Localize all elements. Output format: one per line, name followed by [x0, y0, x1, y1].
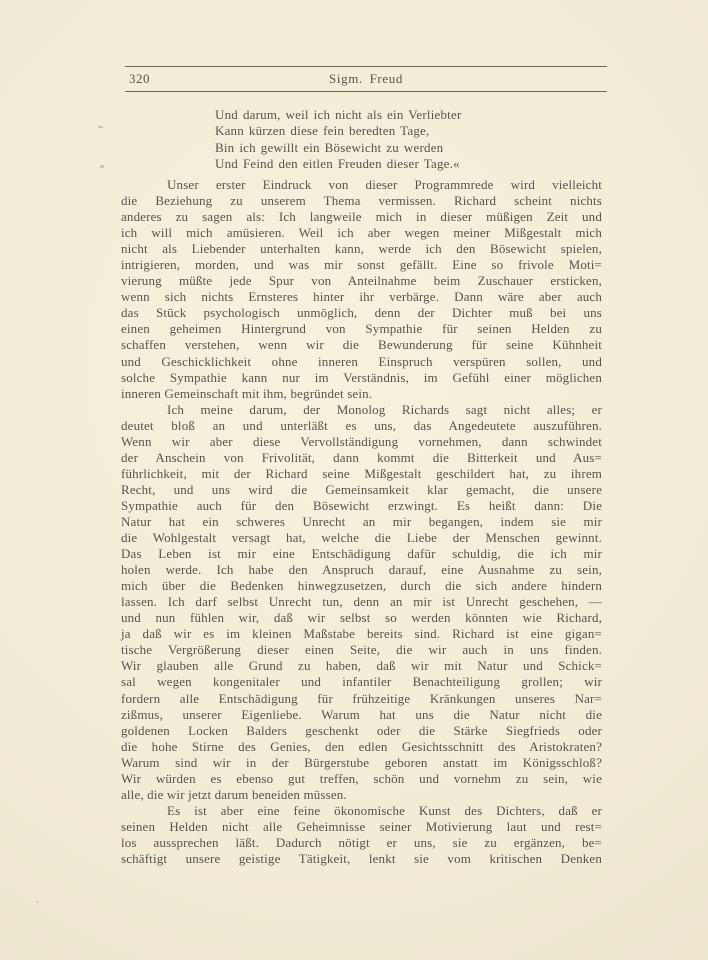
text-line: Sympathie auch für den Bösewicht erzwing…	[121, 498, 602, 514]
poem: Und darum, weil ich nicht als ein Verlie…	[215, 107, 462, 172]
text-line: Es ist aber eine feine ökonomische Kunst…	[121, 803, 602, 819]
paper-speck	[98, 126, 103, 128]
text-line: Warum sind wir in der Bürgerstube gebore…	[121, 755, 602, 771]
poem-line: Kann kürzen diese fein beredten Tage,	[215, 123, 462, 139]
text-line: seinen Helden nicht alle Geheimnisse sei…	[121, 819, 602, 835]
text-line: einen geheimen Hintergrund von Sympathie…	[121, 321, 602, 337]
text-line: Wir glauben alle Grund zu haben, daß wir…	[121, 658, 602, 674]
text-line: zißmus, unserer Eigenliebe. Warum hat un…	[121, 707, 602, 723]
text-line: lassen. Ich darf selbst Unrecht tun, den…	[121, 594, 602, 610]
poem-line: Und Feind den eitlen Freuden dieser Tage…	[215, 156, 462, 172]
text-line: anderes zu sagen als: Ich langweile mich…	[121, 209, 602, 225]
text-line: mich über die Bedenken hinwegzusetzen, d…	[121, 578, 602, 594]
text-line: solche Sympathie kann nur im Verständnis…	[121, 370, 602, 386]
text-line: und nun fühlen wir, daß wir selbst so we…	[121, 610, 602, 626]
text-line: das Stück psychologisch unmöglich, denn …	[121, 305, 602, 321]
text-line: fordern alle Entschädigung für frühzeiti…	[121, 691, 602, 707]
header-rule-top	[125, 66, 607, 67]
poem-line: Und darum, weil ich nicht als ein Verlie…	[215, 107, 462, 123]
text-line: Wenn wir aber diese Vervollständigung vo…	[121, 434, 602, 450]
text-line: Natur hat ein schweres Unrecht an mir be…	[121, 514, 602, 530]
text-line: ich will mich amüsieren. Weil ich aber w…	[121, 225, 602, 241]
text-line: schaffen verstehen, wenn wir die Bewunde…	[121, 337, 602, 353]
text-line: alle, die wir jetzt darum beneiden müsse…	[121, 787, 602, 803]
text-line: inneren Gemeinschaft mit ihm, begründet …	[121, 386, 602, 402]
text-line: los aussprechen läßt. Dadurch nötigt er …	[121, 835, 602, 851]
text-line: holen werde. Ich habe den Anspruch darau…	[121, 562, 602, 578]
text-line: nicht als Liebender unterhalten kann, we…	[121, 241, 602, 257]
text-line: ja daß wir es im kleinen Maßstabe bereit…	[121, 626, 602, 642]
body-text: Unser erster Eindruck von dieser Program…	[121, 177, 602, 867]
text-line: die Wohlgestalt versagt hat, welche die …	[121, 530, 602, 546]
paper-speck	[100, 165, 104, 168]
paragraph: Unser erster Eindruck von dieser Program…	[121, 177, 602, 402]
running-title: Sigm. Freud	[125, 71, 607, 87]
paper-speck	[36, 901, 39, 903]
text-line: führlichkeit, mit der Richard seine Mißg…	[121, 466, 602, 482]
text-line: tische Vergrößerung dieser einen Seite, …	[121, 642, 602, 658]
text-line: die hohe Stirne des Genies, den edlen Ge…	[121, 739, 602, 755]
text-line: Recht, und uns wird die Gemeinsamkeit kl…	[121, 482, 602, 498]
text-line: intrigieren, morden, und was mir sonst g…	[121, 257, 602, 273]
text-line: goldenen Locken Balders geschenkt oder d…	[121, 723, 602, 739]
text-line: Das Leben ist mir eine Entschädigung daf…	[121, 546, 602, 562]
text-line: Ich meine darum, der Monolog Richards sa…	[121, 402, 602, 418]
text-line: der Anschein von Frivolität, dann kommt …	[121, 450, 602, 466]
poem-line: Bin ich gewillt ein Bösewicht zu werden	[215, 140, 462, 156]
text-line: wenn sich nichts Ernsteres hinter ihr ve…	[121, 289, 602, 305]
paragraph: Es ist aber eine feine ökonomische Kunst…	[121, 803, 602, 867]
text-line: die Beziehung zu unserem Thema vermissen…	[121, 193, 602, 209]
text-line: Unser erster Eindruck von dieser Program…	[121, 177, 602, 193]
text-line: sal wegen kongenitaler und infantiler Be…	[121, 674, 602, 690]
text-line: schäftigt unsere geistige Tätigkeit, len…	[121, 851, 602, 867]
paragraph: Ich meine darum, der Monolog Richards sa…	[121, 402, 602, 803]
text-line: deutet bloß an und unterläßt es uns, das…	[121, 418, 602, 434]
text-line: und Geschicklichkeit ohne inneren Einspr…	[121, 354, 602, 370]
text-line: Wir würden es ebenso gut treffen, schön …	[121, 771, 602, 787]
header-rule-bottom	[125, 91, 607, 92]
book-page: 320 Sigm. Freud Und darum, weil ich nich…	[0, 0, 708, 960]
text-line: vierung müßte jede Spur von Anteilnahme …	[121, 273, 602, 289]
